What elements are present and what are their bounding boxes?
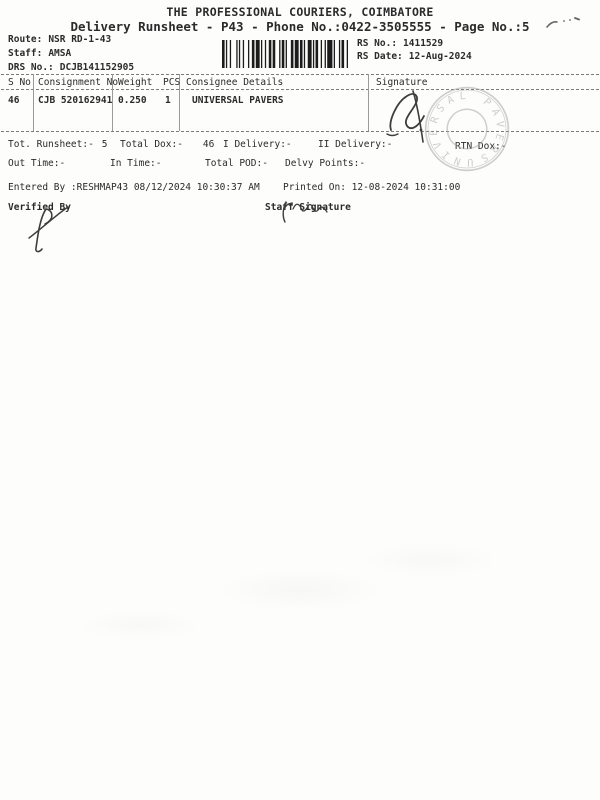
table-col-divider bbox=[368, 74, 369, 131]
cell-consignee: UNIVERSAL PAVERS bbox=[192, 95, 284, 106]
cell-s-no: 46 bbox=[8, 95, 19, 106]
route-value: NSR RD-1-43 bbox=[48, 34, 111, 45]
staff-label: Staff: bbox=[8, 48, 42, 59]
verified-by-signature-scribble bbox=[24, 204, 76, 256]
table-col-divider bbox=[33, 74, 34, 131]
cell-weight: 0.250 bbox=[118, 95, 147, 106]
header-weight: Weight bbox=[118, 77, 152, 88]
rs-number-field: RS No.:1411529 bbox=[357, 38, 443, 49]
drs-number-field: DRS No.:DCJB141152905 bbox=[8, 62, 134, 73]
barcode bbox=[222, 40, 348, 68]
i-delivery-field: I Delivery:- bbox=[223, 139, 292, 150]
company-title: THE PROFESSIONAL COURIERS, COIMBATORE bbox=[0, 5, 600, 19]
total-dox-field: Total Dox:-46 bbox=[120, 139, 214, 150]
staff-value: AMSA bbox=[48, 48, 71, 59]
rs-date-value: 12-Aug-2024 bbox=[409, 51, 472, 62]
route-field: Route:NSR RD-1-43 bbox=[8, 34, 111, 45]
rs-date-label: RS Date: bbox=[357, 51, 403, 62]
header-pcs: PCS bbox=[163, 77, 180, 88]
rs-date-field: RS Date:12-Aug-2024 bbox=[357, 51, 472, 62]
tot-runsheet-field: Tot. Runsheet:-5 bbox=[8, 139, 108, 150]
staff-field: Staff:AMSA bbox=[8, 48, 71, 59]
header-s-no: S No bbox=[8, 77, 31, 88]
runsheet-subtitle: Delivery Runsheet - P43 - Phone No.:0422… bbox=[0, 19, 600, 34]
ii-delivery-field: II Delivery:- bbox=[318, 139, 392, 150]
pen-marks bbox=[544, 14, 582, 34]
scanned-delivery-runsheet: THE PROFESSIONAL COURIERS, COIMBATORE De… bbox=[0, 0, 600, 800]
route-label: Route: bbox=[8, 34, 42, 45]
rs-no-label: RS No.: bbox=[357, 38, 397, 49]
in-time-field: In Time:- bbox=[110, 158, 161, 169]
entered-by-text: Entered By :RESHMAP43 08/12/2024 10:30:3… bbox=[8, 182, 260, 193]
drs-label: DRS No.: bbox=[8, 62, 54, 73]
staff-signature-scribble bbox=[276, 196, 338, 226]
tot-runsheet-value: 5 bbox=[102, 139, 108, 150]
cell-pcs: 1 bbox=[165, 95, 171, 106]
header-consignment-no: Consignment No bbox=[38, 77, 118, 88]
table-top-rule bbox=[1, 74, 599, 75]
total-pod-field: Total POD:- bbox=[205, 158, 268, 169]
header-consignee-details: Consignee Details bbox=[186, 77, 283, 88]
drs-value: DCJB141152905 bbox=[60, 62, 134, 73]
rs-no-value: 1411529 bbox=[403, 38, 443, 49]
recipient-signature-scribble bbox=[383, 86, 449, 146]
total-dox-value: 46 bbox=[203, 139, 214, 150]
delvy-points-field: Delvy Points:- bbox=[285, 158, 365, 169]
cell-consignment-no: CJB 520162941 bbox=[38, 95, 112, 106]
out-time-field: Out Time:- bbox=[8, 158, 65, 169]
